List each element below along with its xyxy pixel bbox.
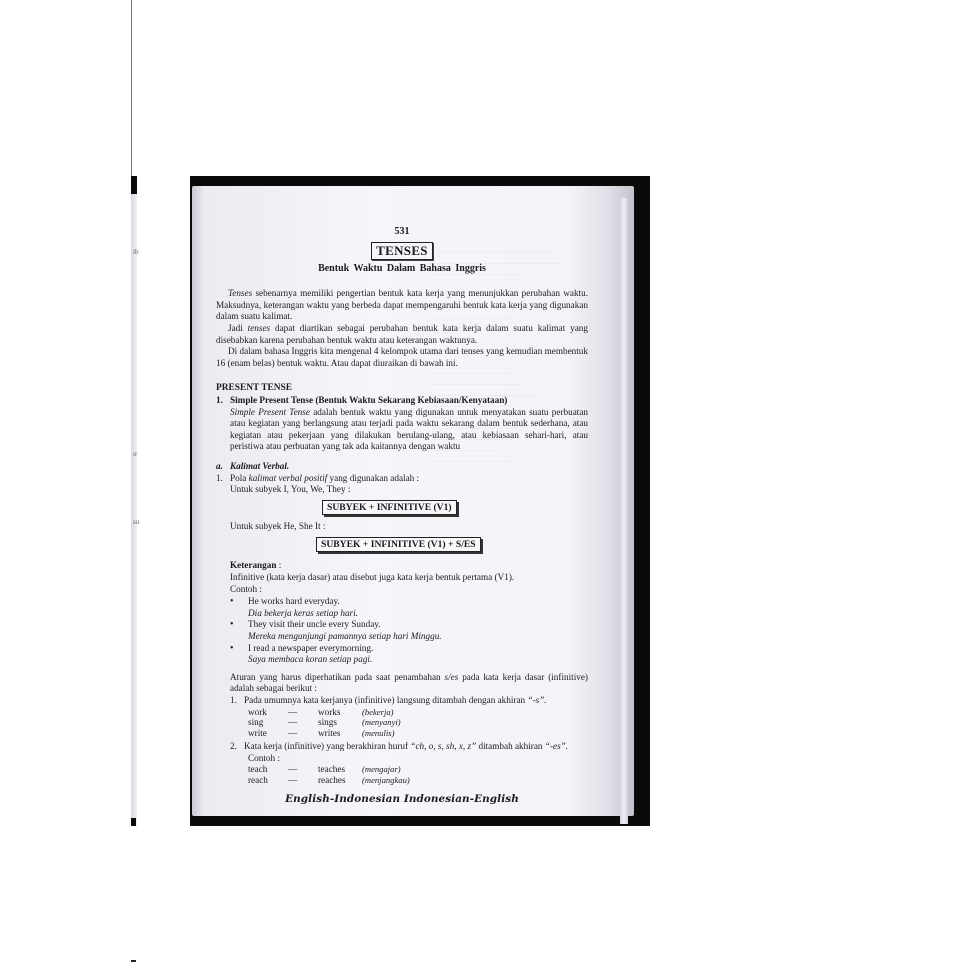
- intro-paragraph-3: Di dalam bahasa Inggris kita mengenal 4 …: [216, 346, 588, 369]
- example-item: •He works hard everyday.: [230, 596, 588, 608]
- example-item: •They visit their uncle every Sunday.: [230, 619, 588, 631]
- keterangan-label: Keterangan :: [230, 560, 588, 572]
- page-content: 531 TENSES Bentuk Waktu Dalam Bahasa Ing…: [216, 226, 588, 805]
- subject-label-1: Untuk subyek I, You, We, They :: [230, 484, 588, 496]
- page-sheet: ————————————————————————————————————————…: [192, 186, 634, 816]
- example-list: •He works hard everyday. Dia bekerja ker…: [230, 596, 588, 666]
- verb-row: reach—reaches(menjangkau): [248, 775, 588, 786]
- intro-paragraph-2: Jadi tenses dapat diartikan sebagai peru…: [216, 323, 588, 346]
- formula-box-2: SUBYEK + INFINITIVE (V1) + S/ES: [316, 537, 481, 553]
- page-subtitle: Bentuk Waktu Dalam Bahasa Inggris: [216, 263, 588, 275]
- example-item: •I read a newspaper everymorning.: [230, 643, 588, 655]
- left-page-edge-line: [131, 0, 132, 178]
- verb-row: teach—teaches(mengajar): [248, 764, 588, 775]
- example-translation: Mereka mengunjungi pamannya setiap hari …: [230, 631, 588, 643]
- rule-1: 1. Pada umumnya kata kerjanya (infinitiv…: [230, 695, 588, 707]
- item-heading: 1.Simple Present Tense (Bentuk Waktu Sek…: [216, 395, 588, 407]
- left-page-strip: [131, 176, 137, 826]
- left-page-fragment: ib: [133, 248, 138, 256]
- page-title: TENSES: [371, 242, 433, 260]
- keterangan-text: Infinitive (kata kerja dasar) atau diseb…: [230, 572, 588, 584]
- rules-intro: Aturan yang harus diperhatikan pada saat…: [230, 672, 588, 695]
- verb-row: work—works(bekerja): [248, 707, 588, 718]
- contoh-label: Contoh :: [248, 753, 588, 765]
- scanned-page: ————————————————————————————————————————…: [190, 176, 650, 826]
- left-page-mark: [131, 960, 136, 962]
- example-translation: Dia bekerja keras setiap hari.: [230, 608, 588, 620]
- verb-table-2: Contoh : teach—teaches(mengajar) reach—r…: [248, 753, 588, 786]
- contoh-label: Contoh :: [230, 584, 588, 596]
- formula-box-1: SUBYEK + INFINITIVE (V1): [322, 500, 457, 516]
- subsection-heading: a.Kalimat Verbal.: [216, 461, 588, 473]
- example-translation: Saya membaca koran setiap pagi.: [230, 654, 588, 666]
- pattern-intro: 1. Pola kalimat verbal positif yang digu…: [216, 473, 588, 485]
- left-page-shadow-bottom: [131, 818, 136, 826]
- item-description: Simple Present Tense adalah bentuk waktu…: [230, 407, 588, 453]
- verb-row: sing—sings(menyanyi): [248, 717, 588, 728]
- verb-row: write—writes(menulis): [248, 728, 588, 739]
- left-page-fragment: ır: [133, 450, 137, 458]
- rule-2: 2. Kata kerja (infinitive) yang berakhir…: [230, 741, 588, 753]
- subject-label-2: Untuk subyek He, She It :: [230, 521, 588, 533]
- left-page-fragment: su: [133, 518, 139, 526]
- left-page-shadow-top: [131, 176, 137, 194]
- section-heading: PRESENT TENSE: [216, 383, 588, 395]
- page-footer: English-Indonesian Indonesian-English: [216, 794, 588, 806]
- page-number: 531: [216, 226, 588, 238]
- verb-table-1: work—works(bekerja) sing—sings(menyanyi)…: [248, 707, 588, 739]
- intro-paragraph-1: Tenses sebenarnya memiliki pengertian be…: [216, 288, 588, 323]
